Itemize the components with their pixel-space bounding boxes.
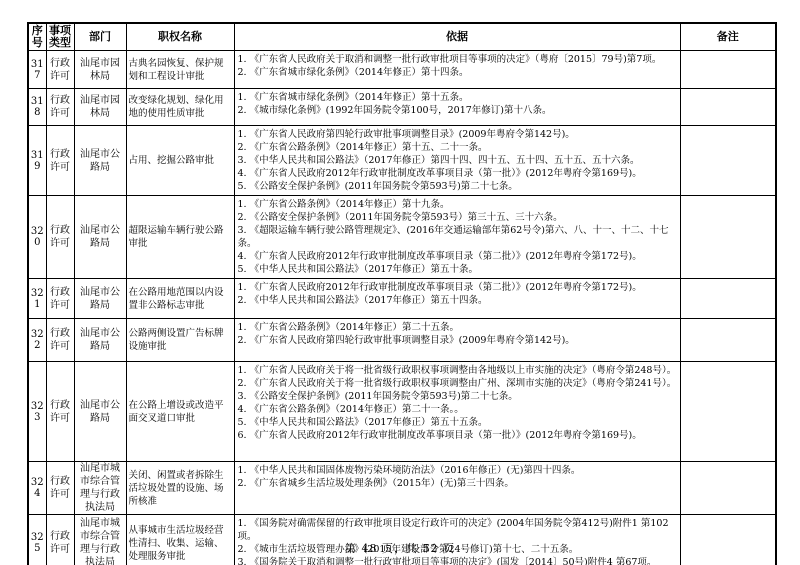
item-type-cell: 行政许可 xyxy=(46,362,74,462)
authority-name-cell: 占用、挖掘公路审批 xyxy=(126,126,234,196)
authority-name-cell: 改变绿化规划、绿化用地的使用性质审批 xyxy=(126,89,234,126)
item-type-cell: 行政许可 xyxy=(46,51,74,89)
basis-item: 5. 《中华人民共和国公路法》（2017年修正）第五十五条。 xyxy=(238,416,678,429)
basis-item: 1. 《广东省公路条例》（2014年修正）第二十五条。 xyxy=(238,321,678,334)
basis-item: 1. 《广东省人民政府关于取消和调整一批行政审批项目等事项的决定》（粤府〔201… xyxy=(238,53,678,66)
note-cell xyxy=(680,196,776,279)
department-cell: 汕尾市公路局 xyxy=(74,196,126,279)
header-serial: 序号 xyxy=(28,23,46,51)
basis-item: 1. 《广东省人民政府第四轮行政审批事项调整目录》(2009年粤府令第142号)… xyxy=(238,128,678,141)
note-cell xyxy=(680,319,776,362)
serial-cell: 318 xyxy=(28,89,46,126)
note-cell xyxy=(680,89,776,126)
note-cell xyxy=(680,362,776,462)
table-row: 324行政许可汕尾市城市综合管理与行政执法局关闭、闲置或者拆除生活垃圾处置的设施… xyxy=(28,462,776,515)
page-number-footer: 第 48 页，共 52 页 xyxy=(0,540,800,556)
item-type-cell: 行政许可 xyxy=(46,462,74,515)
item-type-cell: 行政许可 xyxy=(46,196,74,279)
basis-item: 3. 《国务院关于取消和调整一批行政审批项目等事项的决定》(国发〔2014〕50… xyxy=(238,556,678,565)
basis-item: 1. 《广东省城市绿化条例》（2014年修正）第十五条。 xyxy=(238,91,678,104)
authority-name-cell: 在公路用地范围以内设置非公路标志审批 xyxy=(126,279,234,319)
basis-item: 2. 《公路安全保护条例》（2011年国务院令第593号）第三十五、三十六条。 xyxy=(238,211,678,224)
basis-item: 2. 《广东省人民政府关于将一批省级行政职权事项调整由广州、深圳市实施的决定》（… xyxy=(238,377,678,390)
table-header-row: 序号 事项类型 部门 职权名称 依据 备注 xyxy=(28,23,776,51)
basis-item: 4. 《广东省公路条例》（2014年修正）第二十一条。。 xyxy=(238,403,678,416)
basis-item: 2. 《中华人民共和国公路法》（2017年修正）第五十四条。 xyxy=(238,294,678,307)
department-cell: 汕尾市公路局 xyxy=(74,362,126,462)
note-cell xyxy=(680,51,776,89)
serial-cell: 324 xyxy=(28,462,46,515)
header-department: 部门 xyxy=(74,23,126,51)
basis-item: 4. 《广东省人民政府2012年行政审批制度改革事项目录（第一批）》(2012年… xyxy=(238,167,678,180)
basis-item: 1. 《中华人民共和国固体废物污染环境防治法》（2016年修正）(无)第四十四条… xyxy=(238,464,678,477)
authority-name-cell: 在公路上增设或改造平面交叉道口审批 xyxy=(126,362,234,462)
item-type-cell: 行政许可 xyxy=(46,319,74,362)
basis-item: 3. 《中华人民共和国公路法》（2017年修正）第四十四、四十五、五十四、五十五… xyxy=(238,154,678,167)
basis-item: 1. 《广东省人民政府关于将一批省级行政职权事项调整由各地级以上市实施的决定》（… xyxy=(238,364,678,377)
basis-item: 6. 《广东省人民政府2012年行政审批制度改革事项目录（第一批）》(2012年… xyxy=(238,429,678,442)
department-cell: 汕尾市园林局 xyxy=(74,89,126,126)
department-cell: 汕尾市公路局 xyxy=(74,319,126,362)
serial-cell: 317 xyxy=(28,51,46,89)
authority-name-cell: 超限运输车辆行驶公路审批 xyxy=(126,196,234,279)
basis-item: 5. 《公路安全保护条例》(2011年国务院令第593号)第二十七条。 xyxy=(238,180,678,193)
note-cell xyxy=(680,126,776,196)
basis-cell: 1. 《广东省人民政府关于取消和调整一批行政审批项目等事项的决定》（粤府〔201… xyxy=(234,51,680,89)
basis-cell: 1. 《广东省公路条例》（2014年修正）第二十五条。2. 《广东省人民政府第四… xyxy=(234,319,680,362)
serial-cell: 322 xyxy=(28,319,46,362)
department-cell: 汕尾市公路局 xyxy=(74,279,126,319)
basis-item: 3. 《超限运输车辆行驶公路管理规定》、(2016年交通运输部年第62号令)第六… xyxy=(238,224,678,250)
serial-cell: 319 xyxy=(28,126,46,196)
header-note: 备注 xyxy=(680,23,776,51)
authority-name-cell: 古典名园恢复、保护规划和工程设计审批 xyxy=(126,51,234,89)
department-cell: 汕尾市公路局 xyxy=(74,126,126,196)
basis-item: 2. 《广东省人民政府第四轮行政审批事项调整目录》(2009年粤府令第142号)… xyxy=(238,334,678,347)
basis-item: 3. 《公路安全保护条例》(2011年国务院令第593号)第二十七条。 xyxy=(238,390,678,403)
basis-cell: 1. 《广东省公路条例》（2014年修正）第十九条。2. 《公路安全保护条例》（… xyxy=(234,196,680,279)
table-row: 317行政许可汕尾市园林局古典名园恢复、保护规划和工程设计审批1. 《广东省人民… xyxy=(28,51,776,89)
basis-item: 2. 《广东省公路条例》（2014年修正）第十五、二十一条。 xyxy=(238,141,678,154)
item-type-cell: 行政许可 xyxy=(46,126,74,196)
basis-cell: 1. 《广东省人民政府关于将一批省级行政职权事项调整由各地级以上市实施的决定》（… xyxy=(234,362,680,462)
basis-item: 2. 《广东省城市绿化条例》（2014年修正）第十四条。 xyxy=(238,66,678,79)
table-row: 321行政许可汕尾市公路局在公路用地范围以内设置非公路标志审批1. 《广东省人民… xyxy=(28,279,776,319)
table-row: 322行政许可汕尾市公路局公路两侧设置广告标牌设施审批1. 《广东省公路条例》（… xyxy=(28,319,776,362)
basis-item: 4. 《广东省人民政府2012年行政审批制度改革事项目录（第二批）》(2012年… xyxy=(238,250,678,263)
header-item-type: 事项类型 xyxy=(46,23,74,51)
table-row: 319行政许可汕尾市公路局占用、挖掘公路审批1. 《广东省人民政府第四轮行政审批… xyxy=(28,126,776,196)
note-cell xyxy=(680,462,776,515)
authority-name-cell: 公路两侧设置广告标牌设施审批 xyxy=(126,319,234,362)
basis-cell: 1. 《广东省人民政府第四轮行政审批事项调整目录》(2009年粤府令第142号)… xyxy=(234,126,680,196)
item-type-cell: 行政许可 xyxy=(46,279,74,319)
basis-cell: 1. 《广东省人民政府2012年行政审批制度改革事项目录（第二批）》(2012年… xyxy=(234,279,680,319)
document-page: 序号 事项类型 部门 职权名称 依据 备注 317行政许可汕尾市园林局古典名园恢… xyxy=(0,0,800,565)
header-authority-name: 职权名称 xyxy=(126,23,234,51)
basis-cell: 1. 《中华人民共和国固体废物污染环境防治法》（2016年修正）(无)第四十四条… xyxy=(234,462,680,515)
serial-cell: 320 xyxy=(28,196,46,279)
table-row: 318行政许可汕尾市园林局改变绿化规划、绿化用地的使用性质审批1. 《广东省城市… xyxy=(28,89,776,126)
basis-item: 1. 《广东省人民政府2012年行政审批制度改革事项目录（第二批）》(2012年… xyxy=(238,281,678,294)
basis-item: 5. 《中华人民共和国公路法》（2017年修正）第五十条。 xyxy=(238,263,678,276)
basis-item: 2. 《城市绿化条例》(1992年国务院令第100号，2017年修订)第十八条。 xyxy=(238,104,678,117)
basis-item: 2. 《广东省城乡生活垃圾处理条例》（2015年）(无)第三十四条。 xyxy=(238,477,678,490)
authority-table: 序号 事项类型 部门 职权名称 依据 备注 317行政许可汕尾市园林局古典名园恢… xyxy=(27,22,777,565)
basis-item: 1. 《广东省公路条例》（2014年修正）第十九条。 xyxy=(238,198,678,211)
note-cell xyxy=(680,279,776,319)
department-cell: 汕尾市园林局 xyxy=(74,51,126,89)
header-basis: 依据 xyxy=(234,23,680,51)
table-body: 317行政许可汕尾市园林局古典名园恢复、保护规划和工程设计审批1. 《广东省人民… xyxy=(28,51,776,565)
item-type-cell: 行政许可 xyxy=(46,89,74,126)
department-cell: 汕尾市城市综合管理与行政执法局 xyxy=(74,462,126,515)
serial-cell: 321 xyxy=(28,279,46,319)
table-row: 323行政许可汕尾市公路局在公路上增设或改造平面交叉道口审批1. 《广东省人民政… xyxy=(28,362,776,462)
table-row: 320行政许可汕尾市公路局超限运输车辆行驶公路审批1. 《广东省公路条例》（20… xyxy=(28,196,776,279)
basis-cell: 1. 《广东省城市绿化条例》（2014年修正）第十五条。2. 《城市绿化条例》(… xyxy=(234,89,680,126)
authority-name-cell: 关闭、闲置或者拆除生活垃圾处置的设施、场所核准 xyxy=(126,462,234,515)
serial-cell: 323 xyxy=(28,362,46,462)
